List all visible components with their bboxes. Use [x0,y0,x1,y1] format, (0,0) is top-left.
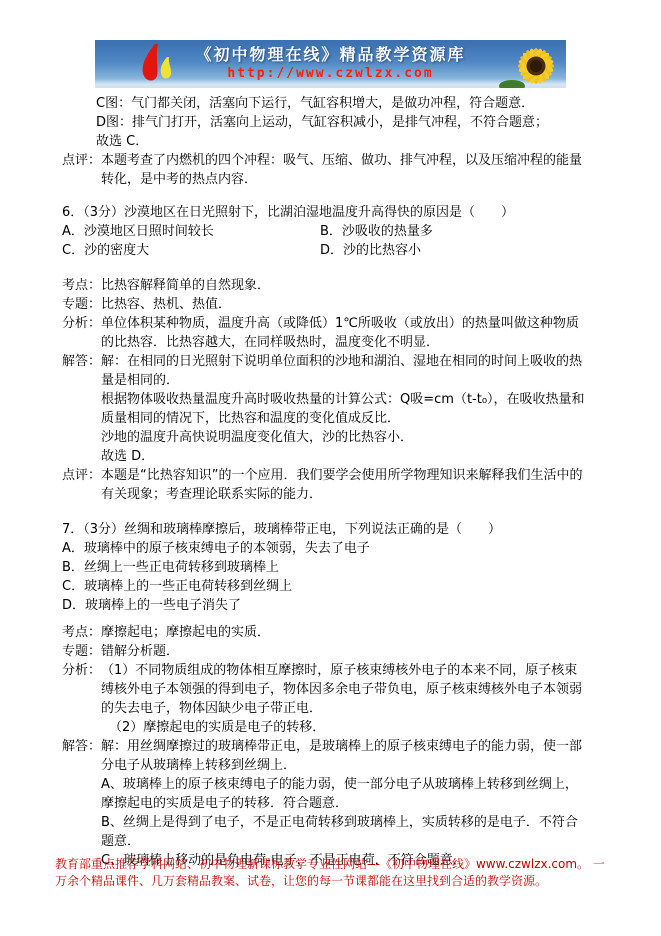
q5-line-c: C图：气门都关闭，活塞向下运行，气缸容积增大，是做功冲程，符合题意． [62,94,587,113]
q7-option-c: C．玻璃棒上的一些正电荷转移到丝绸上 [62,577,587,596]
q5-line-choice: 故选 C． [62,132,587,151]
q7-jieda-p1: 解：用丝绸摩擦过的玻璃棒带正电，是玻璃棒上的原子核束缚电子的能力弱，使一部分电子… [101,737,587,775]
q5-review-text: 本题考查了内燃机的四个冲程：吸气、压缩、做功、排气冲程，以及压缩冲程的能量转化，… [101,151,587,189]
q6-jieda-p2: 根据物体吸收热量温度升高时吸收热量的计算公式：Q吸=cm（t-t₀），在吸收热量… [101,390,587,428]
q6-options-row2: C．沙的密度大 D．沙的比热容小 [62,241,587,260]
q6-option-d: D．沙的比热容小 [320,241,587,260]
fenxi-label: 分析： [62,661,101,680]
zhuanti-label: 专题： [62,295,101,314]
zhuanti-label: 专题： [62,642,101,661]
question-6: 6．（3分）沙漠地区在日光照射下，比湖泊湿地温度升高得快的原因是（ ） A．沙漠… [62,203,587,260]
q7-fenxi-p2: （2）摩擦起电的实质是电子的转移． [101,718,587,737]
footer-promo: 教育部重点推荐学科网站、初中物理新课标教学专业性网站---《初中物理在线》www… [55,856,615,890]
q7-fenxi-p1: （1）不同物质组成的物体相互摩擦时，原子核束缚核外电子的本来不同，原子核束缚核外… [101,661,587,718]
document-page: 《初中物理在线》精品教学资源库 http://www.czwlzx.com [0,0,661,936]
q7-option-a: A．玻璃棒中的原子核束缚电子的本领弱，失去了电子 [62,539,587,558]
jieda-label: 解答： [62,737,101,756]
dianping-label: 点评： [62,466,101,485]
review-label: 点评： [62,151,101,170]
q6-option-c: C．沙的密度大 [62,241,320,260]
site-banner: 《初中物理在线》精品教学资源库 http://www.czwlzx.com [95,40,566,88]
q6-jieda-p3: 沙地的温度升高快说明温度变化值大，沙的比热容小． [101,428,587,447]
fenxi-label: 分析： [62,314,101,333]
q6-analysis: 考点： 比热容解释简单的自然现象． 专题： 比热容、热机、热值． 分析： 单位体… [62,276,587,504]
q5-solution-tail: C图：气门都关闭，活塞向下运行，气缸容积增大，是做功冲程，符合题意． D图：排气… [62,94,587,189]
q6-option-a: A．沙漠地区日照时间较长 [62,222,320,241]
document-body: C图：气门都关闭，活塞向下运行，气缸容积增大，是做功冲程，符合题意． D图：排气… [62,94,587,870]
q7-analysis: 考点： 摩擦起电；摩擦起电的实质． 专题： 错解分析题． 分析： （1）不同物质… [62,623,587,870]
q7-fenxi: （1）不同物质组成的物体相互摩擦时，原子核束缚核外电子的本来不同，原子核束缚核外… [101,661,587,737]
q6-jieda: 解：在相同的日光照射下说明单位面积的沙地和湖泊、湿地在相同的时间上吸收的热量是相… [101,352,587,466]
q6-zhuanti: 比热容、热机、热值． [101,295,587,314]
q7-jieda-p3: B、丝绸上是得到了电子，不是正电荷转移到玻璃棒上，实质转移的是电子．不符合题意． [101,813,587,851]
q6-kaodian: 比热容解释简单的自然现象． [101,276,587,295]
q5-line-d: D图：排气门打开，活塞向上运动，气缸容积减小，是排气冲程，不符合题意； [62,113,587,132]
jieda-label: 解答： [62,352,101,371]
q7-kaodian: 摩擦起电；摩擦起电的实质． [101,623,587,642]
q6-dianping: 本题是“比热容知识”的一个应用．我们要学会使用所学物理知识来解释我们生活中的有关… [101,466,587,504]
q7-option-b: B．丝绸上一些正电荷转移到玻璃棒上 [62,558,587,577]
q7-zhuanti: 错解分析题． [101,642,587,661]
q6-option-b: B．沙吸收的热量多 [320,222,587,241]
question-7: 7．（3分）丝绸和玻璃棒摩擦后，玻璃棒带正电，下列说法正确的是（ ） A．玻璃棒… [62,520,587,615]
q7-option-d: D．玻璃棒上的一些电子消失了 [62,596,587,615]
q5-review-row: 点评： 本题考查了内燃机的四个冲程：吸气、压缩、做功、排气冲程，以及压缩冲程的能… [62,151,587,189]
kaodian-label: 考点： [62,276,101,295]
q6-jieda-p4: 故选 D． [101,447,587,466]
q6-options-row1: A．沙漠地区日照时间较长 B．沙吸收的热量多 [62,222,587,241]
kaodian-label: 考点： [62,623,101,642]
q7-jieda: 解：用丝绸摩擦过的玻璃棒带正电，是玻璃棒上的原子核束缚电子的能力弱，使一部分电子… [101,737,587,870]
q6-fenxi: 单位体积某种物质，温度升高（或降低）1℃所吸收（或放出）的热量叫做这种物质的比热… [101,314,587,352]
sunflower-icon [494,40,566,88]
q7-jieda-p2: A、玻璃棒上的原子核束缚电子的能力弱，使一部分电子从玻璃棒上转移到丝绸上，摩擦起… [101,775,587,813]
q6-stem: 6．（3分）沙漠地区在日光照射下，比湖泊湿地温度升高得快的原因是（ ） [62,203,587,222]
q7-stem: 7．（3分）丝绸和玻璃棒摩擦后，玻璃棒带正电，下列说法正确的是（ ） [62,520,587,539]
q6-jieda-p1: 解：在相同的日光照射下说明单位面积的沙地和湖泊、湿地在相同的时间上吸收的热量是相… [101,352,587,390]
